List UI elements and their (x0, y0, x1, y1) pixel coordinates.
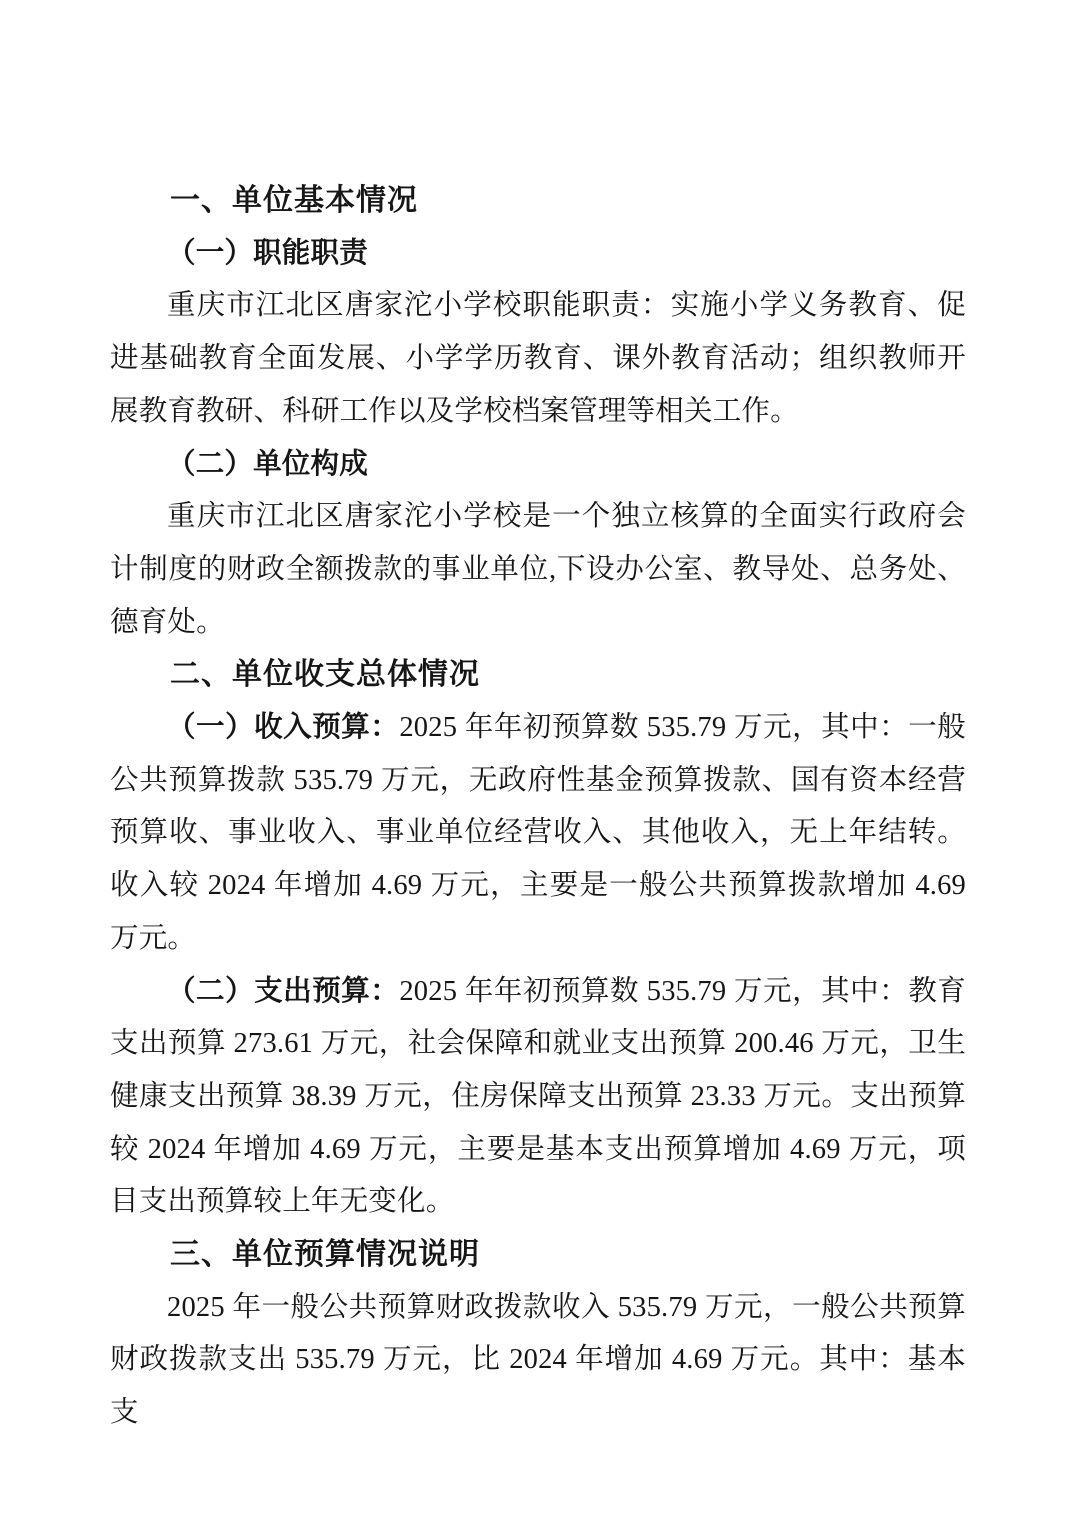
document-content: 一、单位基本情况 （一）职能职责 重庆市江北区唐家沱小学校职能职责：实施小学义务… (110, 175, 966, 1440)
paragraph-income-budget-text: 2025 年年初预算数 535.79 万元，其中：一般公共预算拨款 535.79… (110, 712, 966, 954)
subheading-composition: （二）单位构成 (110, 439, 966, 492)
paragraph-composition: 重庆市江北区唐家沱小学校是一个独立核算的全面实行政府会计制度的财政全额拨款的事业… (110, 491, 966, 649)
paragraph-expenditure-budget-text: 2025 年年初预算数 535.79 万元，其中：教育支出预算 273.61 万… (110, 976, 966, 1218)
document-page: 一、单位基本情况 （一）职能职责 重庆市江北区唐家沱小学校职能职责：实施小学义务… (0, 0, 1074, 1520)
paragraph-income-budget: （一）收入预算：2025 年年初预算数 535.79 万元，其中：一般公共预算拨… (110, 702, 966, 966)
paragraph-expenditure-budget: （二）支出预算：2025 年年初预算数 535.79 万元，其中：教育支出预算 … (110, 966, 966, 1230)
paragraph-expenditure-budget-lead: （二）支出预算： (167, 976, 399, 1007)
section-heading-revenue-expenditure-overview: 二、单位收支总体情况 (110, 649, 966, 702)
paragraph-income-budget-lead: （一）收入预算： (167, 712, 399, 743)
paragraph-budget-explanation: 2025 年一般公共预算财政拨款收入 535.79 万元，一般公共预算财政拨款支… (110, 1282, 966, 1440)
section-heading-budget-explanation: 三、单位预算情况说明 (110, 1229, 966, 1282)
subheading-duties: （一）职能职责 (110, 228, 966, 281)
section-heading-unit-basic-info: 一、单位基本情况 (110, 175, 966, 228)
paragraph-duties: 重庆市江北区唐家沱小学校职能职责：实施小学义务教育、促进基础教育全面发展、小学学… (110, 280, 966, 438)
